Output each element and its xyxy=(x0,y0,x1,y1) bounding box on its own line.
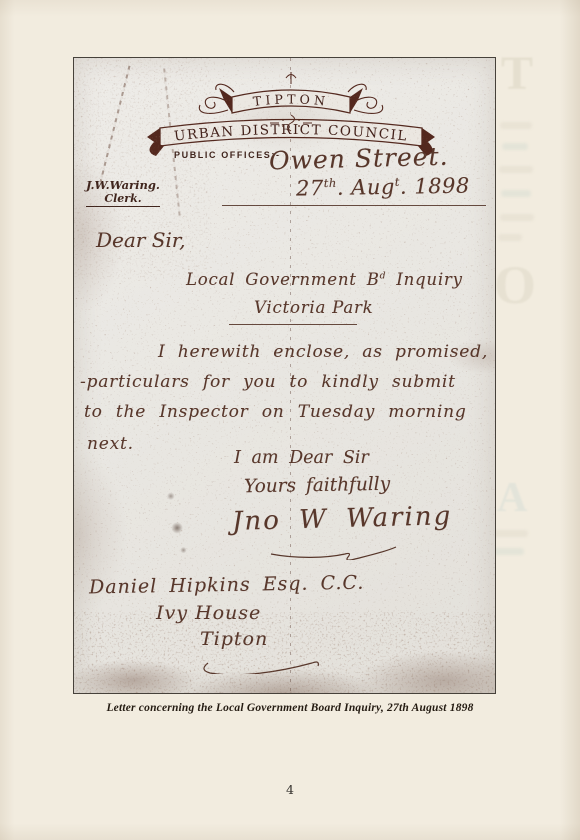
letter-photograph: TIPTON URBAN DISTRICT COUNCIL PUBLIC OFF… xyxy=(73,57,496,694)
handwritten-street: Owen Street. xyxy=(269,142,449,176)
showthrough-text-line xyxy=(500,214,534,221)
addressee-flourish xyxy=(194,656,334,674)
clerk-name: J.W.Waring. xyxy=(86,178,160,192)
banner-council-text: URBAN DISTRICT COUNCIL xyxy=(173,122,408,145)
body-line-1: I herewith enclose, as promised, xyxy=(158,342,488,362)
body-line-4: next. xyxy=(87,434,134,454)
subject-underline xyxy=(229,324,357,325)
showthrough-dropcap-a: A xyxy=(497,477,527,519)
showthrough-text-line xyxy=(498,234,522,241)
subject-line-1: Local Government Bd Inquiry xyxy=(186,270,463,289)
showthrough-dropcap-t: T xyxy=(501,50,533,98)
date-day-sup: th xyxy=(324,176,337,190)
addressee-town: Tipton xyxy=(200,628,268,650)
signature-flourish xyxy=(269,544,399,560)
public-offices-label: PUBLIC OFFICES:- xyxy=(174,150,281,160)
showthrough-text-line xyxy=(500,122,532,129)
showthrough-dropcap-o: O xyxy=(494,258,536,312)
photo-scratch xyxy=(100,66,131,183)
salutation: Dear Sir, xyxy=(96,228,186,252)
date-month: . Aug xyxy=(337,175,395,200)
subject-rest: Inquiry xyxy=(386,270,462,289)
date-day: 27 xyxy=(296,176,324,200)
signature: Jno W Waring xyxy=(232,501,453,537)
printed-date-rule xyxy=(222,205,486,206)
subject-line-2: Victoria Park xyxy=(254,298,373,317)
showthrough-text-line xyxy=(502,143,528,150)
showthrough-text-line xyxy=(499,166,533,173)
addressee-name: Daniel Hipkins Esq. C.C. xyxy=(89,572,365,599)
banner-council-textpath: URBAN DISTRICT COUNCIL xyxy=(173,122,408,145)
body-line-3: to the Inspector on Tuesday morning xyxy=(84,402,467,422)
closing-line-1: I am Dear Sir xyxy=(234,448,369,468)
figure-caption: Letter concerning the Local Government B… xyxy=(0,702,580,714)
banner-town-text: TIPTON xyxy=(252,91,330,108)
subject-main: Local Government B xyxy=(186,270,380,289)
showthrough-text-line xyxy=(501,190,531,197)
body-line-2: -particulars for you to kindly submit xyxy=(80,372,456,392)
addressee-house: Ivy House xyxy=(156,602,261,624)
clerk-block: J.W.Waring. Clerk. xyxy=(86,178,160,207)
closing-line-2: Yours faithfully xyxy=(244,474,390,498)
banner-town-textpath: TIPTON xyxy=(252,91,330,108)
book-page: T O A xyxy=(0,0,580,840)
clerk-title: Clerk. xyxy=(86,192,160,207)
date-year: . 1898 xyxy=(400,173,470,198)
page-number: 4 xyxy=(0,782,580,797)
handwritten-date: 27th. Augt. 1898 xyxy=(296,173,470,200)
